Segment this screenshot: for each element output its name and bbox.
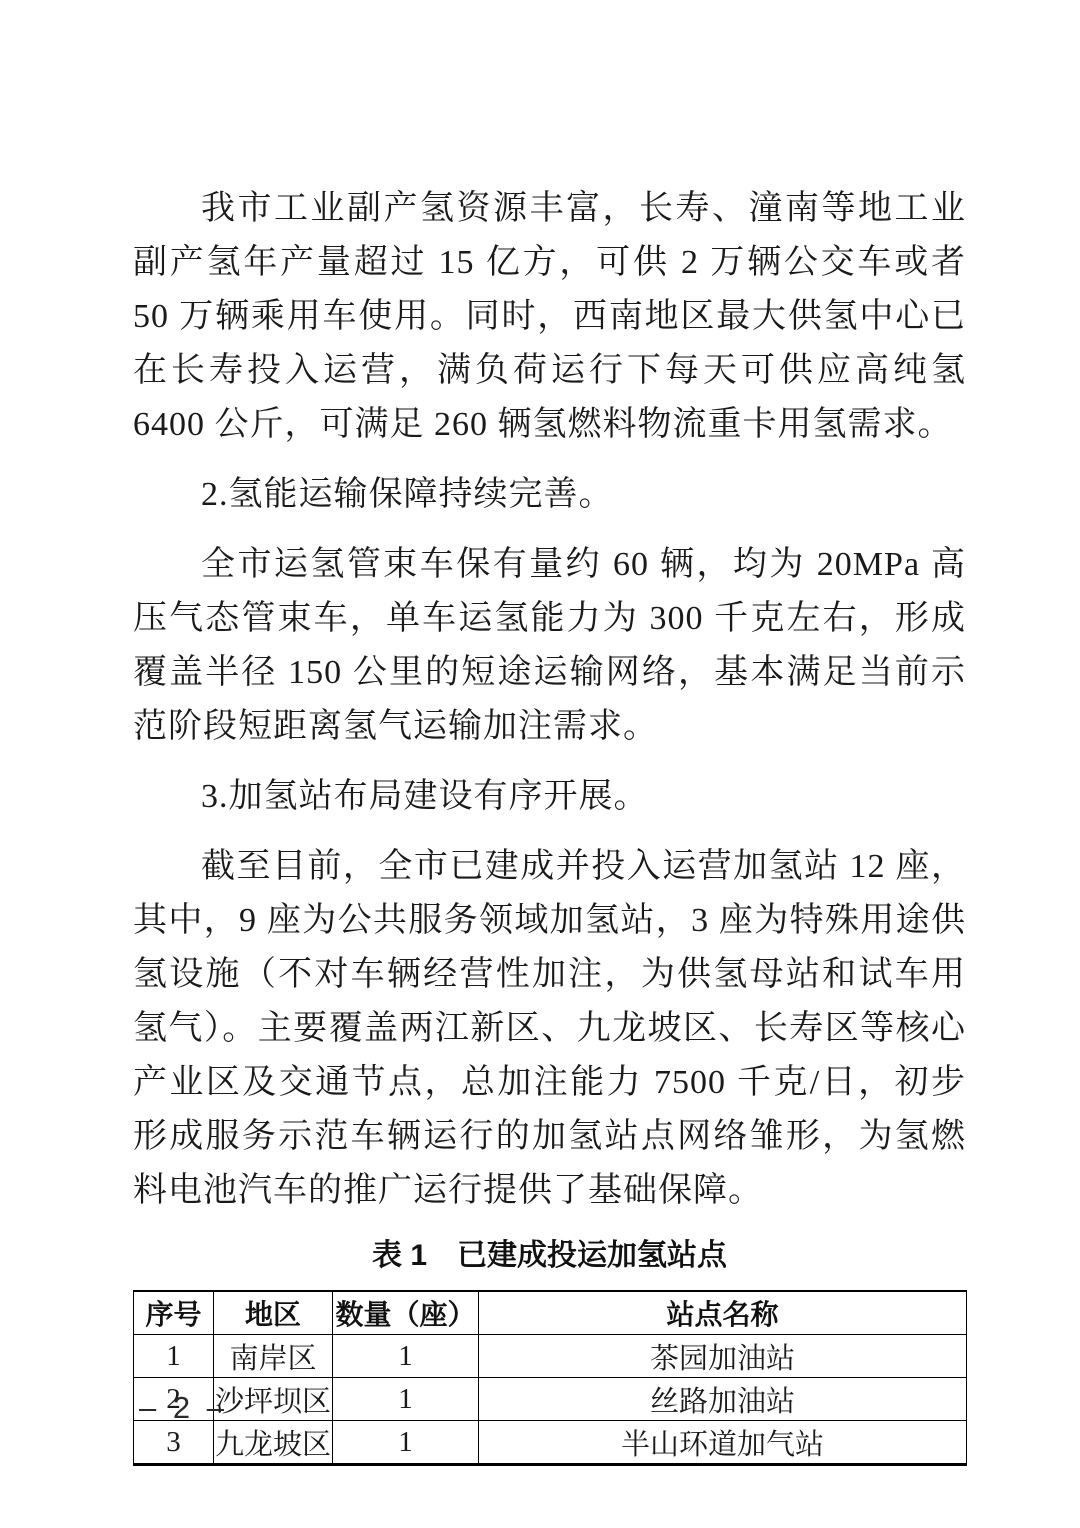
table-cell-region: 九龙坡区 xyxy=(214,1421,333,1465)
paragraph-hydrogen-supply: 我市工业副产氢资源丰富，长寿、潼南等地工业副产氢年产量超过 15 亿方，可供 2… xyxy=(133,182,966,452)
table-header-row: 序号 地区 数量（座） 站点名称 xyxy=(134,1291,967,1335)
table-cell-count: 1 xyxy=(333,1378,479,1421)
table-cell-station: 茶园加油站 xyxy=(479,1335,967,1378)
stations-table: 序号 地区 数量（座） 站点名称 1 南岸区 1 茶园加油站 2 沙坪坝区 1 xyxy=(133,1290,967,1466)
table-cell-station: 半山环道加气站 xyxy=(479,1421,967,1465)
table-row: 2 沙坪坝区 1 丝路加油站 xyxy=(134,1378,967,1421)
paragraph-transport-capacity: 全市运氢管束车保有量约 60 辆，均为 20MPa 高压气态管束车，单车运氢能力… xyxy=(133,538,966,754)
paragraph-station-buildout: 截至目前，全市已建成并投入运营加氢站 12 座，其中，9 座为公共服务领域加氢站… xyxy=(133,840,966,1218)
table-row: 1 南岸区 1 茶园加油站 xyxy=(134,1335,967,1378)
section-heading-3-stations: 3.加氢站布局建设有序开展。 xyxy=(133,770,966,824)
table-caption: 表 1 已建成投运加氢站点 xyxy=(133,1234,966,1278)
table-header-index: 序号 xyxy=(134,1291,214,1335)
section-heading-2-transport: 2.氢能运输保障持续完善。 xyxy=(133,468,966,522)
table-header-count: 数量（座） xyxy=(333,1291,479,1335)
table-cell-region: 南岸区 xyxy=(214,1335,333,1378)
table-cell-index: 1 xyxy=(134,1335,214,1378)
page-number: – 2 – xyxy=(139,1390,228,1426)
table-cell-count: 1 xyxy=(333,1421,479,1465)
table-cell-station: 丝路加油站 xyxy=(479,1378,967,1421)
table-cell-index: 3 xyxy=(134,1421,214,1465)
table-header-station: 站点名称 xyxy=(479,1291,967,1335)
table-row: 3 九龙坡区 1 半山环道加气站 xyxy=(134,1421,967,1465)
document-body: 我市工业副产氢资源丰富，长寿、潼南等地工业副产氢年产量超过 15 亿方，可供 2… xyxy=(133,0,966,1466)
table-header-region: 地区 xyxy=(214,1291,333,1335)
table-cell-count: 1 xyxy=(333,1335,479,1378)
document-page: 我市工业副产氢资源丰富，长寿、潼南等地工业副产氢年产量超过 15 亿方，可供 2… xyxy=(0,0,1080,1528)
table-cell-region: 沙坪坝区 xyxy=(214,1378,333,1421)
